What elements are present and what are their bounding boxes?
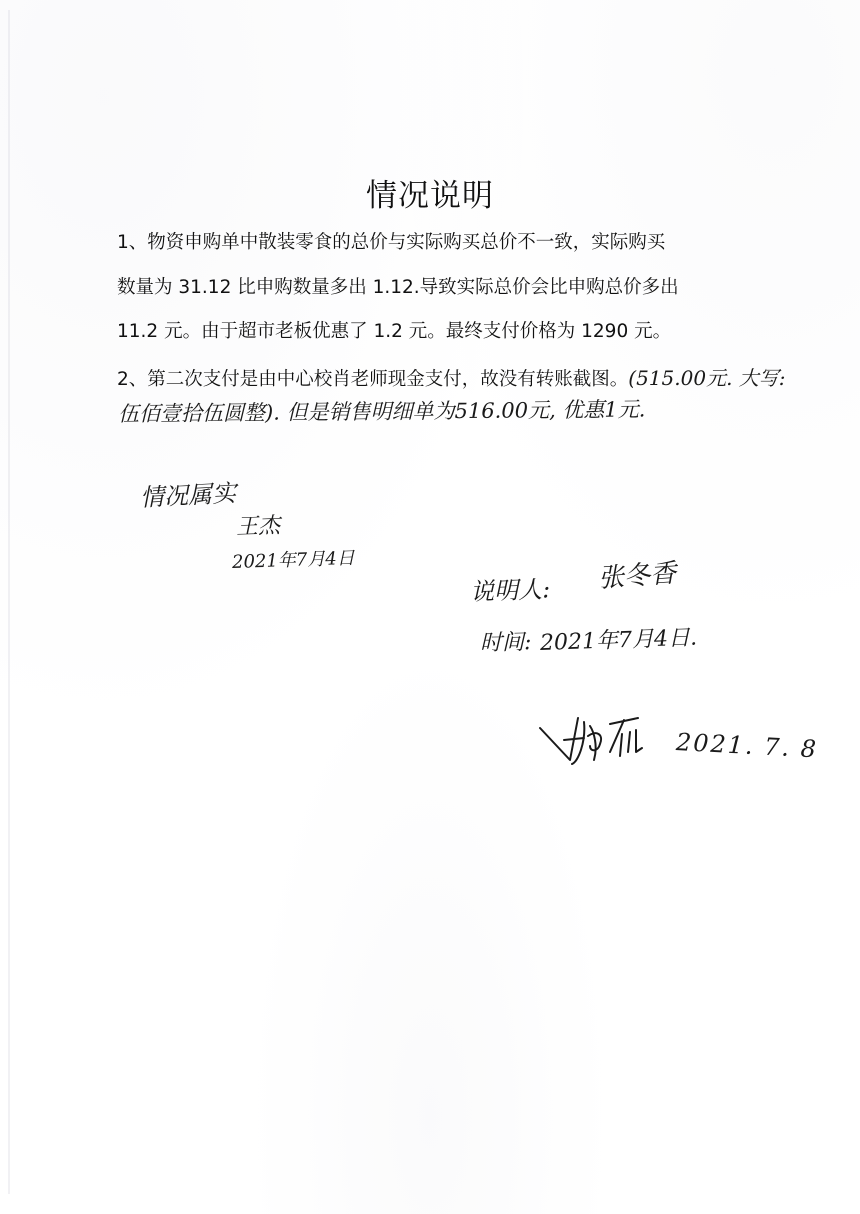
- explainer-signature-name: 张冬香: [597, 553, 677, 595]
- explainer-time-value: 2021年7月4日.: [539, 621, 697, 657]
- document-title: 情况说明: [0, 170, 860, 215]
- approval-date: 2021. 7. 8: [675, 728, 818, 763]
- paragraph-2-line-1: 2、第二次支付是由中心校肖老师现金支付，故没有转账截图。(515.00元. 大写…: [117, 362, 786, 391]
- paragraph-2-handwritten-line-2: 伍佰壹拾伍圆整). 但是销售明细单为516.00元, 优惠1元.: [118, 393, 646, 428]
- verification-date: 2021年7月4日: [232, 544, 356, 574]
- explainer-time-label: 时间:: [480, 625, 532, 657]
- paragraph-1-line-3: 11.2 元。由于超市老板优惠了 1.2 元。最终支付价格为 1290 元。: [117, 317, 671, 343]
- explainer-label: 说明人:: [469, 569, 550, 607]
- paragraph-2-printed: 2、第二次支付是由中心校肖老师现金支付，故没有转账截图。: [117, 369, 628, 390]
- paragraph-1-line-1: 1、物资申购单中散装零食的总价与实际购买总价不一致，实际购买: [117, 228, 665, 254]
- paragraph-2-handwritten-amount: (515.00元. 大写:: [628, 366, 785, 390]
- verification-note: 情况属实: [139, 473, 237, 513]
- paragraph-1-line-2: 数量为 31.12 比申购数量多出 1.12.导致实际总价会比申购总价多出: [117, 273, 679, 299]
- verification-signature-name: 王杰: [235, 508, 280, 541]
- approval-signature-scribble: [538, 712, 658, 772]
- scanned-page: 情况说明 1、物资申购单中散装零食的总价与实际购买总价不一致，实际购买 数量为 …: [0, 0, 860, 1214]
